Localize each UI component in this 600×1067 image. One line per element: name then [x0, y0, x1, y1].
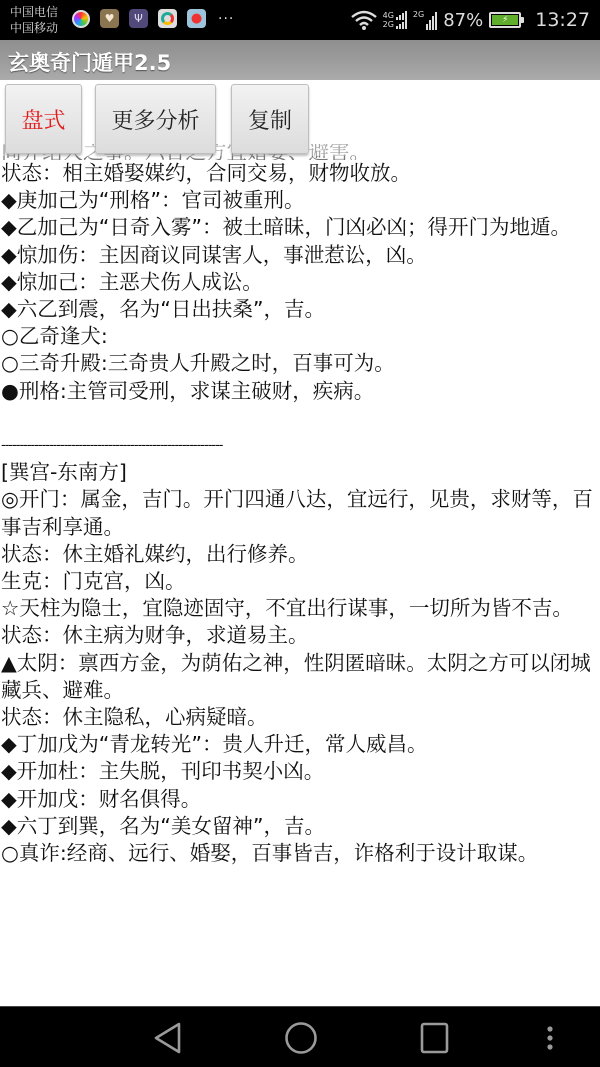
battery-percent: 87%	[443, 10, 483, 31]
battery-charging-icon: ⚡	[489, 12, 521, 28]
chart-layout-button[interactable]: 盘式	[5, 84, 82, 154]
text-line: ◆开加杜：主失脱，刊印书契小凶。	[1, 758, 599, 785]
system-icons: 4G 2G 2G 87% ⚡ 13:27	[351, 0, 590, 40]
wifi-icon	[351, 10, 377, 30]
toolbar: 盘式 更多分析 复制	[0, 80, 600, 156]
home-icon[interactable]	[284, 1021, 318, 1055]
blank-line	[1, 405, 599, 432]
text-line: ◆六丁到巽，名为“美女留神”，吉。	[1, 813, 599, 840]
more-notifications-icon: ···	[218, 11, 234, 27]
analysis-text: 间介绍人之事。六合之方宜婚娶、避害。 状态：相主婚娶媒约，合同交易，财物收放。 …	[1, 155, 599, 867]
text-line: 状态：相主婚娶媒约，合同交易，财物收放。	[1, 160, 599, 187]
usb-icon: Ψ	[129, 9, 148, 28]
signal-sim2-icon: 2G	[413, 10, 437, 30]
section-heading: [巽宫-东南方]	[1, 459, 599, 486]
text-line: ☆天柱为隐士，宜隐迹固守，不宜出行谋事，一切所为皆不吉。	[1, 595, 599, 622]
notification-icons: ♥ Ψ ● ···	[72, 9, 234, 28]
text-line: ○真诈:经商、远行、婚娶，百事皆吉，诈格利于设计取谋。	[1, 840, 599, 867]
app-title: 玄奥奇门遁甲2.5	[8, 47, 171, 77]
text-line: ●刑格:主管司受刑，求谋主破财，疾病。	[1, 378, 599, 405]
status-bar: 中国电信 中国移动 ♥ Ψ ● ··· 4G 2G 2G 87% ⚡ 13:27	[0, 0, 600, 40]
more-analysis-button[interactable]: 更多分析	[95, 84, 216, 154]
section-separator: ----------------------------------------…	[1, 432, 599, 459]
signal-sim1-icon: 4G 2G	[383, 11, 407, 29]
text-line: 生克：门克宫，凶。	[1, 568, 599, 595]
overflow-menu-icon[interactable]	[545, 1021, 555, 1055]
copy-button[interactable]: 复制	[231, 84, 309, 154]
navigation-bar	[0, 1006, 600, 1067]
browser-icon	[158, 9, 177, 28]
health-heart-icon: ♥	[100, 9, 119, 28]
app-title-bar: 玄奥奇门遁甲2.5	[0, 40, 600, 80]
text-line: ◆乙加己为“日奇入雾”：被土暗昧，门凶必凶；得开门为地遁。	[1, 214, 599, 241]
recent-apps-icon[interactable]	[420, 1021, 450, 1055]
text-line: ◆惊加伤：主因商议同谋害人，事泄惹讼，凶。	[1, 242, 599, 269]
text-line: 状态：休主隐私，心病疑暗。	[1, 704, 599, 731]
text-line: ▲太阴：禀西方金，为荫佑之神，性阴匿暗昧。太阴之方可以闭城藏兵、避难。	[1, 650, 599, 704]
text-line: ◆开加戊：财名俱得。	[1, 786, 599, 813]
text-line: ◆丁加戊为“青龙转光”：贵人升迁，常人威昌。	[1, 731, 599, 758]
text-line: ◆惊加己：主恶犬伤人成讼。	[1, 269, 599, 296]
content-area[interactable]: 盘式 更多分析 复制 间介绍人之事。六合之方宜婚娶、避害。 状态：相主婚娶媒约，…	[0, 80, 600, 1006]
text-line: ◎开门：属金，吉门。开门四通八达，宜远行，见贵，求财等，百事吉利享通。	[1, 486, 599, 540]
text-line: 状态：休主婚礼媒约，出行修养。	[1, 541, 599, 568]
carrier-2: 中国移动	[10, 20, 58, 36]
text-line: ◆六乙到震，名为“日出扶桑”，吉。	[1, 296, 599, 323]
text-line: 状态：休主病为财争，求道易主。	[1, 622, 599, 649]
carrier-1: 中国电信	[10, 4, 58, 20]
text-line: ○乙奇逢犬:	[1, 323, 599, 350]
back-icon[interactable]	[152, 1021, 184, 1055]
map-pin-icon: ●	[187, 9, 206, 28]
colorful-app-icon	[72, 10, 90, 28]
text-line: ○三奇升殿:三奇贵人升殿之时，百事可为。	[1, 350, 599, 377]
carrier-names: 中国电信 中国移动	[10, 4, 58, 36]
text-line: ◆庚加己为“刑格”：官司被重刑。	[1, 187, 599, 214]
clock: 13:27	[535, 9, 590, 31]
